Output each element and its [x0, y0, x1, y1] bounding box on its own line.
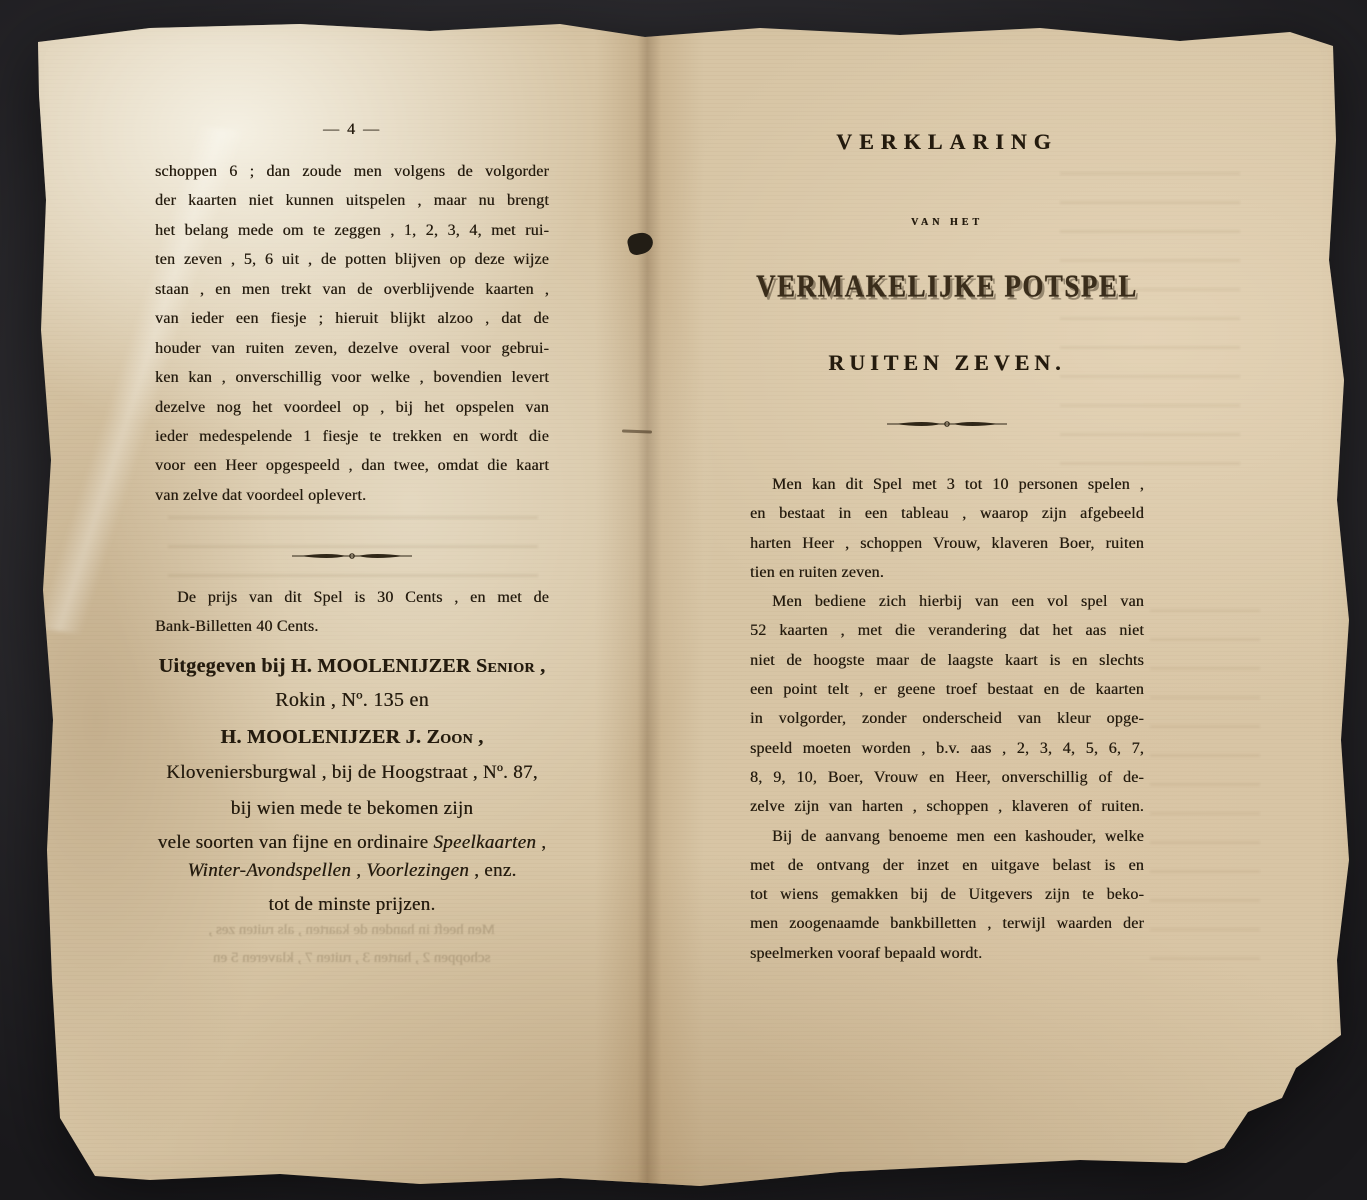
- text-line: Men kan dit Spel met 3 tot 10 personen s…: [750, 470, 1144, 499]
- publisher-line: Uitgegeven bij H. MOOLENIJZER Senior ,: [155, 655, 549, 678]
- text-segment: Senior: [476, 655, 535, 677]
- text-line: in volgorder, zonder onderscheid van kle…: [750, 704, 1144, 733]
- text-segment: bij wien mede te bekomen zijn: [231, 798, 473, 819]
- spindle-rule-ornament-icon: [887, 417, 1007, 435]
- publisher-colophon: Uitgegeven bij H. MOOLENIJZER Senior , R…: [155, 0, 549, 1200]
- photograph-background: — 4 — schoppen 6 ; dan zoude men volgens…: [0, 0, 1367, 1200]
- text-segment: ,: [536, 832, 546, 853]
- text-segment: , enz.: [469, 860, 516, 881]
- text-line: met de ontvang der inzet en uitgave bela…: [750, 851, 1144, 880]
- publisher-line: tot de minste prijzen.: [155, 894, 549, 916]
- right-page: VERKLARING VAN HET VERMAKELIJKE POTSPEL …: [750, 0, 1144, 1200]
- text-line: harten Heer , schoppen Vrouw, klaveren B…: [750, 529, 1144, 558]
- text-line: en bestaat in een tableau , waarop zijn …: [750, 499, 1144, 528]
- pamphlet-sheet-wrapper: — 4 — schoppen 6 ; dan zoude men volgens…: [0, 0, 1367, 1200]
- text-segment: vele soorten van fijne en ordinaire: [158, 832, 434, 853]
- text-segment: Zoon: [426, 726, 472, 748]
- main-subtitle: RUITEN ZEVEN.: [750, 350, 1144, 376]
- bleedthrough-smudge: [1150, 600, 1260, 960]
- text-line: Men bediene zich hierbij van een vol spe…: [750, 587, 1144, 616]
- text-segment: tot de minste prijzen.: [268, 894, 435, 915]
- text-segment: Uitgegeven bij H. MOOLENIJZER: [159, 655, 476, 677]
- page-heading: VERKLARING: [750, 129, 1144, 155]
- text-segment: Winter-Avondspellen , Voorlezingen: [187, 860, 469, 881]
- text-line: tien en ruiten zeven.: [750, 558, 1144, 587]
- page-subheading: VAN HET: [750, 217, 1144, 228]
- bleedthrough-text-line: schoppen 2 , harten 3 , ruiten 7 , klave…: [155, 950, 549, 967]
- text-line: een point telt , er geene troef bestaat …: [750, 675, 1144, 704]
- text-line: zelve zijn van harten , schoppen , klave…: [750, 792, 1144, 821]
- text-line: 52 kaarten , met die verandering dat het…: [750, 616, 1144, 645]
- text-segment: Rokin , Nº. 135 en: [275, 689, 429, 711]
- text-segment: H. MOOLENIJZER J.: [220, 726, 426, 748]
- text-line: speeld moeten worden , b.v. aas , 2, 3, …: [750, 734, 1144, 763]
- right-body-text: Men kan dit Spel met 3 tot 10 personen s…: [750, 470, 1144, 968]
- publisher-line: vele soorten van fijne en ordinaire Spee…: [155, 832, 549, 854]
- left-page: — 4 — schoppen 6 ; dan zoude men volgens…: [155, 0, 549, 1200]
- text-segment: ,: [535, 655, 546, 677]
- text-segment: Kloveniersburgwal , bij de Hoogstraat , …: [166, 762, 538, 783]
- text-line: Bij de aanvang benoeme men een kashouder…: [750, 822, 1144, 851]
- text-segment: Speelkaarten: [433, 832, 536, 853]
- text-line: 8, 9, 10, Boer, Vrouw en Heer, onverschi…: [750, 763, 1144, 792]
- text-line: speelmerken vooraf bepaald wordt.: [750, 939, 1144, 968]
- fold-tear-hole: [626, 230, 655, 256]
- bleedthrough-text-line: Men heeft in handen de kaarten , als rui…: [155, 922, 549, 939]
- publisher-line: H. MOOLENIJZER J. Zoon ,: [155, 726, 549, 749]
- pamphlet-open-spread: — 4 — schoppen 6 ; dan zoude men volgens…: [0, 0, 1367, 1200]
- main-title: VERMAKELIJKE POTSPEL: [750, 268, 1144, 305]
- publisher-line: bij wien mede te bekomen zijn: [155, 798, 549, 820]
- publisher-line: Kloveniersburgwal , bij de Hoogstraat , …: [155, 762, 549, 784]
- fold-sewing-mark: [622, 429, 652, 433]
- text-line: tot wiens gemakken bij de Uitgevers zijn…: [750, 880, 1144, 909]
- publisher-line: Winter-Avondspellen , Voorlezingen , enz…: [155, 860, 549, 882]
- text-segment: ,: [473, 726, 484, 748]
- text-line: men zoogenaamde bankbilletten , terwijl …: [750, 909, 1144, 938]
- text-line: niet de hoogste maar de laagste kaart is…: [750, 646, 1144, 675]
- publisher-line: Rokin , Nº. 135 en: [155, 689, 549, 712]
